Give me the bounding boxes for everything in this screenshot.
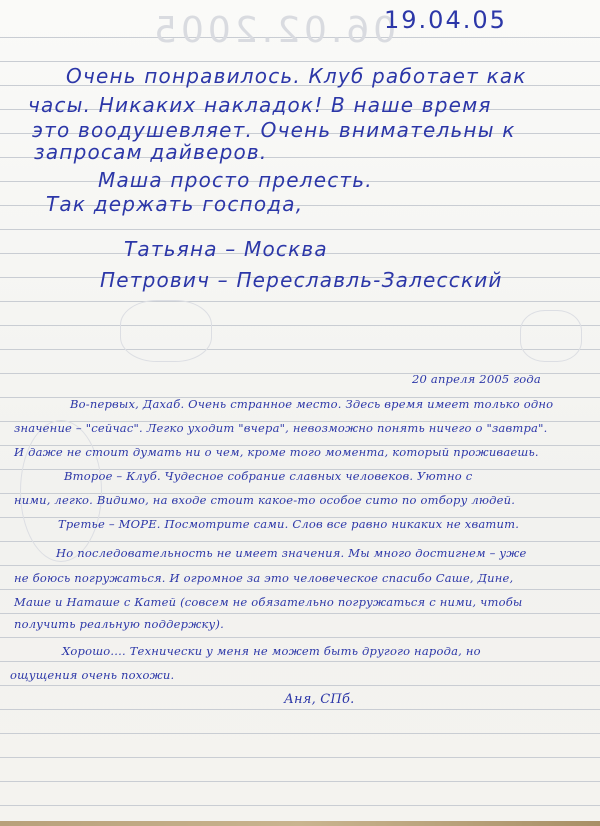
entry2-line: Хорошо.... Технически у меня не может бы…	[62, 644, 481, 658]
entry2-line: Маше и Наташе с Катей (совсем не обязате…	[14, 595, 523, 609]
entry2-line: Во-первых, Дахаб. Очень странное место. …	[70, 397, 553, 411]
bleed-through-doodle	[120, 300, 212, 362]
bleed-through-doodle	[520, 310, 582, 362]
entry2-signature: Аня, СПб.	[284, 692, 354, 707]
entry2-line: И даже не стоит думать ни о чем, кроме т…	[14, 445, 539, 459]
entry2-line: Но последовательность не имеет значения.…	[56, 546, 527, 560]
bleed-through-doodle	[20, 420, 102, 562]
entry2-line: ощущения очень похожи.	[10, 668, 174, 682]
entry2-date: 20 апреля 2005 года	[412, 372, 541, 386]
entry2-line: значение – "сейчас". Легко уходит "вчера…	[14, 421, 547, 435]
entry1-line: Маша просто прелесть.	[98, 168, 373, 192]
bleed-through-text: 06.02.2005	[150, 10, 396, 51]
entry1-signature-line: Петрович – Переславль-Залесский	[100, 268, 503, 292]
entry1-line: это воодушевляет. Очень внимательны к	[32, 118, 516, 142]
entry1-line: часы. Никаких накладок! В наше время	[28, 93, 492, 117]
entry1-line: запросам дайверов.	[34, 140, 267, 164]
entry2-line: Третье – МОРЕ. Посмотрите сами. Слов все…	[58, 517, 519, 531]
entry2-line: ними, легко. Видимо, на входе стоит како…	[14, 493, 515, 507]
page-edge	[0, 821, 600, 826]
entry2-line: не боюсь погружаться. И огромное за это …	[14, 571, 513, 585]
entry1-line: Очень понравилось. Клуб работает как	[66, 64, 527, 88]
entry1-line: Так держать господа,	[46, 192, 303, 216]
notebook-page: 06.02.2005 19.04.05 Очень понравилось. К…	[0, 0, 600, 826]
entry1-signature-line: Татьяна – Москва	[124, 237, 328, 261]
entry1-date: 19.04.05	[384, 6, 507, 34]
entry2-line: получить реальную поддержку).	[14, 617, 224, 631]
entry2-line: Второе – Клуб. Чудесное собрание славных…	[64, 469, 472, 483]
